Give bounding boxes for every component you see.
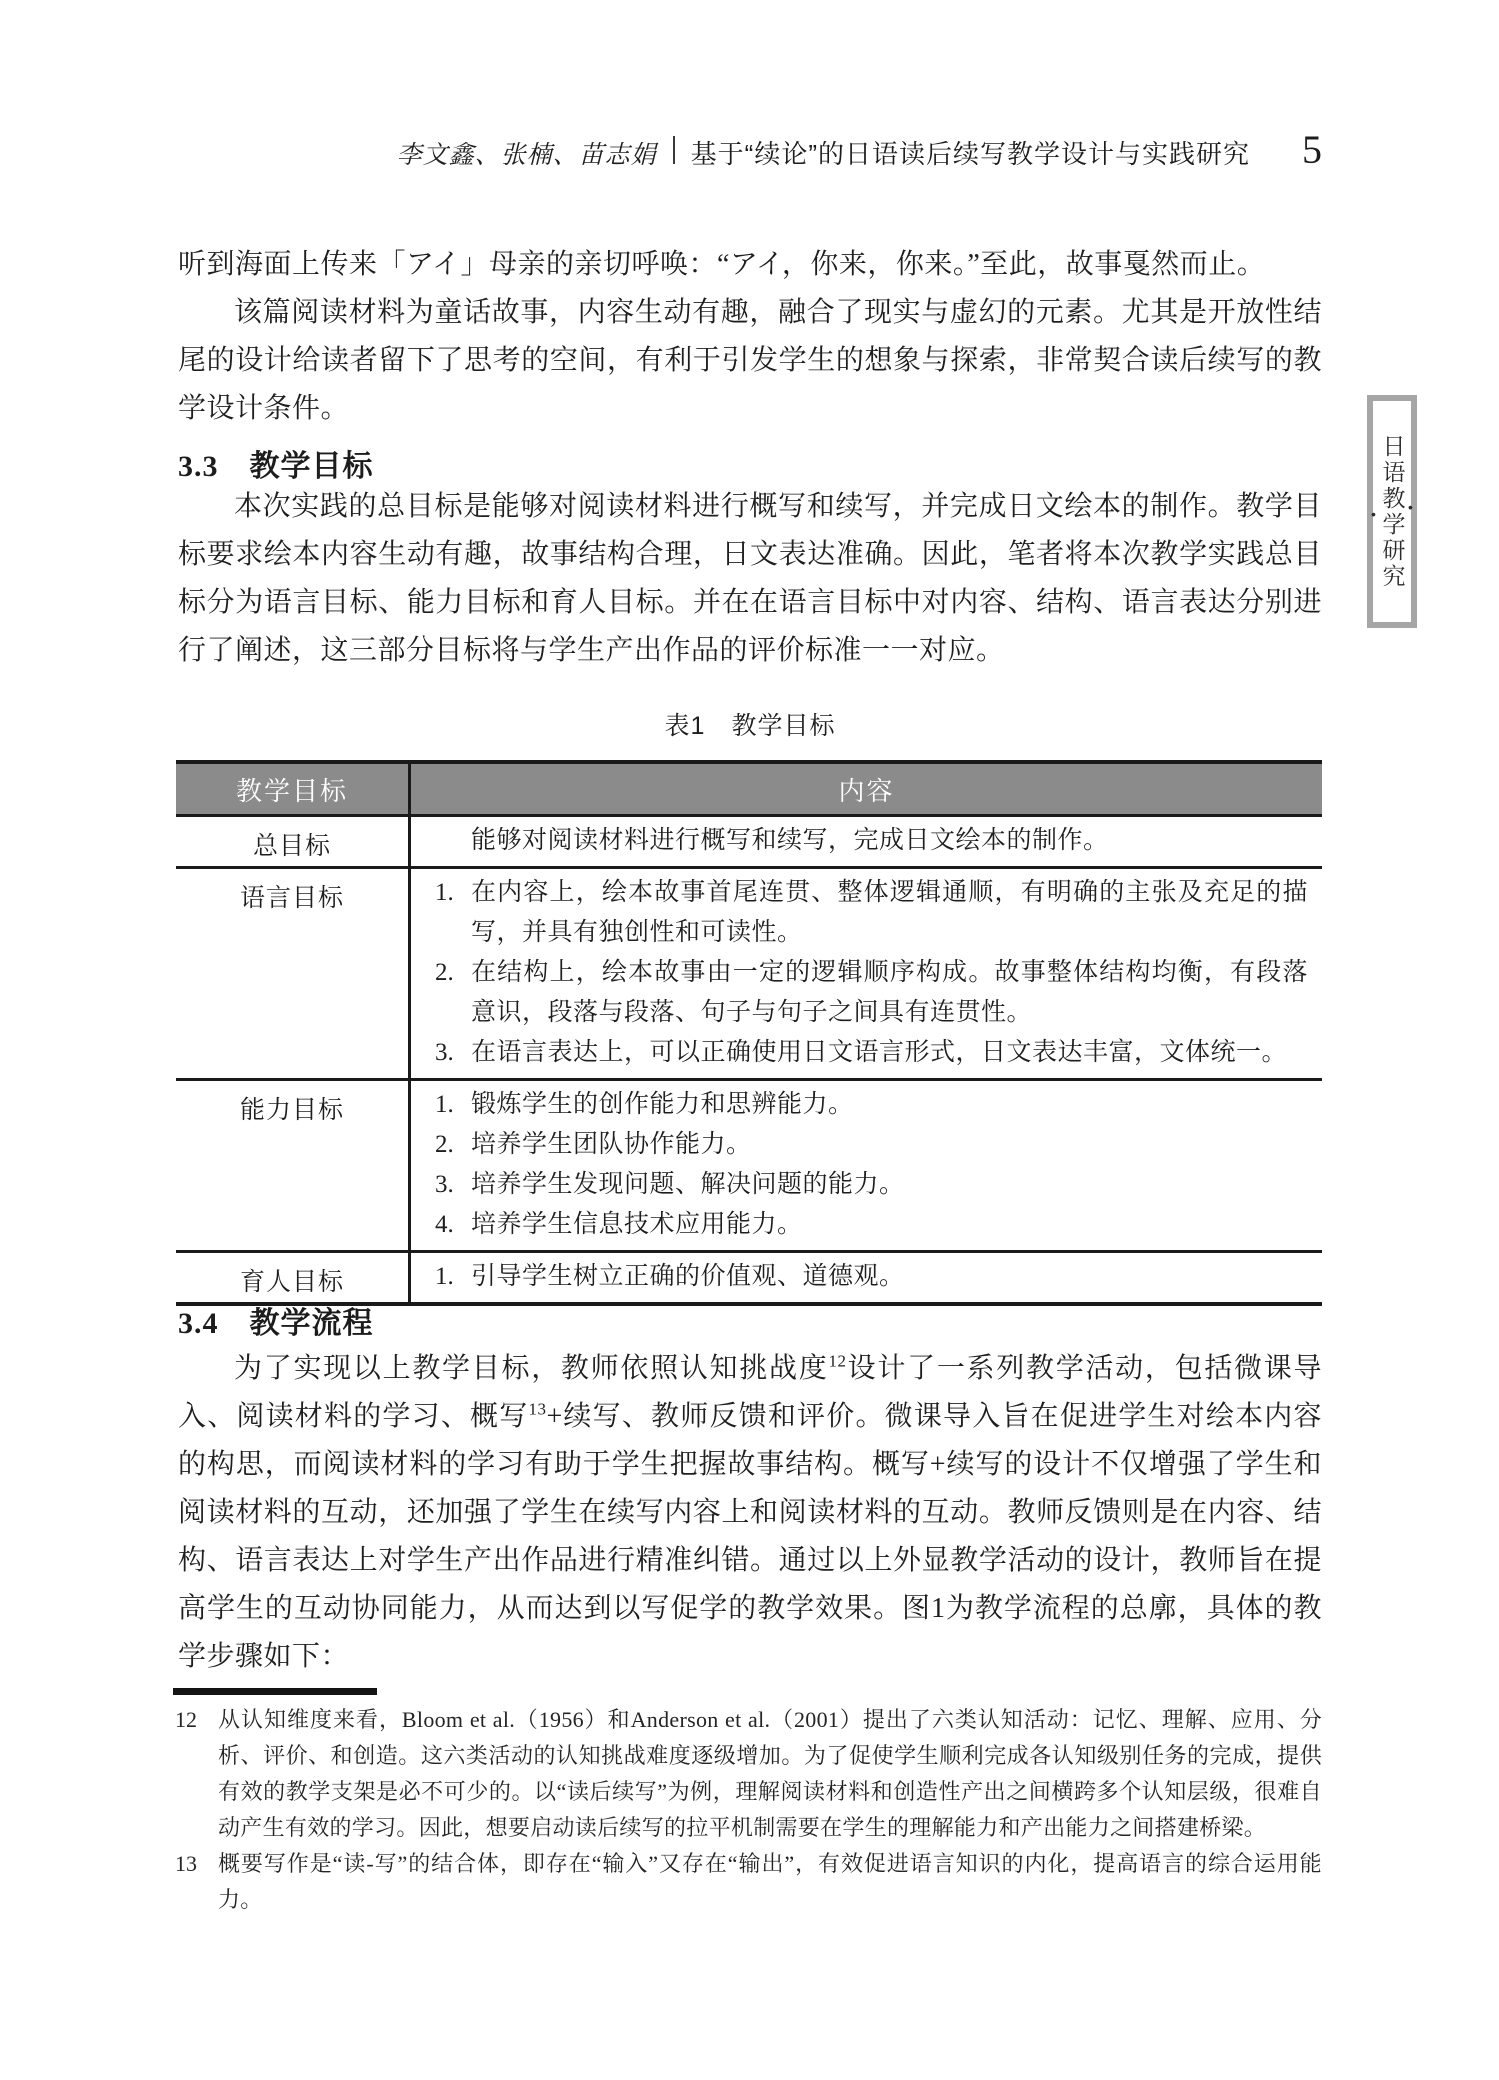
section-heading-3-3: 3.3 教学目标	[178, 441, 1322, 485]
table-row: 语言目标1.在内容上，绘本故事首尾连贯、整体逻辑通顺，有明确的主张及充足的描写，…	[176, 866, 1322, 1078]
table-row-content: 1.锻炼学生的创作能力和思辨能力。2.培养学生团队协作能力。3.培养学生发现问题…	[408, 1081, 1322, 1250]
paragraph-block: 该篇阅读材料为童话故事，内容生动有趣，融合了现实与虚幻的元素。尤其是开放性结尾的…	[178, 289, 1322, 433]
tab-label: 日语教学研究	[1381, 434, 1404, 590]
item-number: 1.	[435, 873, 471, 953]
table-content-item: 1.引导学生树立正确的价值观、道德观。	[435, 1257, 1308, 1297]
item-text: 培养学生信息技术应用能力。	[471, 1205, 1308, 1245]
footnote-item: 13概要写作是“读-写”的结合体，即存在“输入”又存在“输出”，有效促进语言知识…	[175, 1846, 1322, 1918]
running-head: 李文鑫、张楠、苗志娟 基于“续论”的日语读后续写教学设计与实践研究 5	[178, 126, 1322, 173]
table-content-item: 4.培养学生信息技术应用能力。	[435, 1205, 1308, 1245]
paragraph-block: 为了实现以上教学目标，教师依照认知挑战度12设计了一系列教学活动，包括微课导入、…	[178, 1345, 1322, 1681]
table-row-label: 语言目标	[176, 869, 408, 1078]
table-content-item: 2.培养学生团队协作能力。	[435, 1125, 1308, 1165]
footnote-separator	[173, 1688, 377, 1695]
item-number: 1.	[435, 1257, 471, 1297]
item-text: 在内容上，绘本故事首尾连贯、整体逻辑通顺，有明确的主张及充足的描写，并具有独创性…	[471, 873, 1308, 953]
footnote-text: 从认知维度来看，Bloom et al.（1956）和Anderson et a…	[218, 1702, 1322, 1846]
item-text: 培养学生团队协作能力。	[471, 1125, 1308, 1165]
item-number: 1.	[435, 1085, 471, 1125]
paragraph-block: 本次实践的总目标是能够对阅读材料进行概写和续写，并完成日文绘本的制作。教学目标要…	[178, 483, 1322, 675]
table-header-row: 教学目标 内容	[176, 764, 1322, 814]
heading-block: 3.3 教学目标	[178, 441, 1322, 485]
paragraph-teaching-process: 为了实现以上教学目标，教师依照认知挑战度12设计了一系列教学活动，包括微课导入、…	[178, 1345, 1322, 1681]
item-number: 2.	[435, 1125, 471, 1165]
footnote-reference: 13	[528, 1400, 546, 1419]
footnote-item: 12从认知维度来看，Bloom et al.（1956）和Anderson et…	[175, 1702, 1322, 1846]
table-row-label: 能力目标	[176, 1081, 408, 1250]
item-number: 4.	[435, 1205, 471, 1245]
item-text: 培养学生发现问题、解决问题的能力。	[471, 1165, 1308, 1205]
document-page: 李文鑫、张楠、苗志娟 基于“续论”的日语读后续写教学设计与实践研究 5 • 日语…	[0, 0, 1499, 2080]
paragraph-teaching-goals: 本次实践的总目标是能够对阅读材料进行概写和续写，并完成日文绘本的制作。教学目标要…	[178, 483, 1322, 675]
table-content-item: 3.培养学生发现问题、解决问题的能力。	[435, 1165, 1308, 1205]
table-row-label: 育人目标	[176, 1253, 408, 1302]
table-row-content: 能够对阅读材料进行概写和续写，完成日文绘本的制作。	[408, 817, 1322, 866]
item-number: 3.	[435, 1033, 471, 1073]
table-caption: 表1 教学目标	[178, 706, 1322, 742]
footnote-text: 概要写作是“读-写”的结合体，即存在“输入”又存在“输出”，有效促进语言知识的内…	[218, 1846, 1322, 1918]
table-content-item: 3.在语言表达上，可以正确使用日文语言形式，日文表达丰富，文体统一。	[435, 1033, 1308, 1073]
table-header-goal: 教学目标	[176, 771, 408, 808]
table-header-content: 内容	[408, 764, 1322, 814]
table-content-item: 1.锻炼学生的创作能力和思辨能力。	[435, 1085, 1308, 1125]
table-content-item: 2.在结构上，绘本故事由一定的逻辑顺序构成。故事整体结构均衡，有段落意识，段落与…	[435, 953, 1308, 1033]
section-heading-3-4: 3.4 教学流程	[178, 1298, 1322, 1342]
item-number: 3.	[435, 1165, 471, 1205]
item-text: 能够对阅读材料进行概写和续写，完成日文绘本的制作。	[471, 821, 1308, 861]
footnotes: 12从认知维度来看，Bloom et al.（1956）和Anderson et…	[175, 1702, 1322, 1918]
table-body: 总目标能够对阅读材料进行概写和续写，完成日文绘本的制作。语言目标1.在内容上，绘…	[176, 814, 1322, 1302]
tab-dot-bottom: •	[1367, 506, 1381, 525]
header-divider	[673, 136, 675, 164]
table-row-label: 总目标	[176, 817, 408, 866]
table-row-content: 1.在内容上，绘本故事首尾连贯、整体逻辑通顺，有明确的主张及充足的描写，并具有独…	[408, 869, 1322, 1078]
table-row: 能力目标1.锻炼学生的创作能力和思辨能力。2.培养学生团队协作能力。3.培养学生…	[176, 1078, 1322, 1250]
teaching-goals-table: 教学目标 内容 总目标能够对阅读材料进行概写和续写，完成日文绘本的制作。语言目标…	[176, 760, 1322, 1306]
footnote-number: 13	[175, 1846, 218, 1918]
tab-dot-top: •	[1404, 499, 1418, 518]
page-number: 5	[1302, 126, 1322, 173]
table-content-item: 能够对阅读材料进行概写和续写，完成日文绘本的制作。	[435, 821, 1308, 861]
journal-section-tab-text: • 日语教学研究 •	[1367, 434, 1418, 590]
running-head-title: 基于“续论”的日语读后续写教学设计与实践研究	[691, 134, 1250, 171]
footnote-reference: 12	[828, 1352, 846, 1371]
running-head-authors: 李文鑫、张楠、苗志娟	[397, 135, 657, 171]
item-number: 2.	[435, 953, 471, 1033]
item-text: 在结构上，绘本故事由一定的逻辑顺序构成。故事整体结构均衡，有段落意识，段落与段落…	[471, 953, 1308, 1033]
footnote-number: 12	[175, 1702, 218, 1846]
table-row-content: 1.引导学生树立正确的价值观、道德观。	[408, 1253, 1322, 1302]
table-row: 总目标能够对阅读材料进行概写和续写，完成日文绘本的制作。	[176, 814, 1322, 866]
journal-section-tab: • 日语教学研究 •	[1367, 395, 1417, 628]
item-text: 引导学生树立正确的价值观、道德观。	[471, 1257, 1308, 1297]
heading-block: 3.4 教学流程	[178, 1298, 1322, 1342]
item-number	[435, 821, 471, 861]
paragraph-continuation: 听到海面上传来「アイ」母亲的亲切呼唤：“アイ，你来，你来。”至此，故事戛然而止。	[178, 241, 1322, 289]
paragraph-material-intro: 该篇阅读材料为童话故事，内容生动有趣，融合了现实与虚幻的元素。尤其是开放性结尾的…	[178, 289, 1322, 433]
item-text: 锻炼学生的创作能力和思辨能力。	[471, 1085, 1308, 1125]
table-content-item: 1.在内容上，绘本故事首尾连贯、整体逻辑通顺，有明确的主张及充足的描写，并具有独…	[435, 873, 1308, 953]
table-row: 育人目标1.引导学生树立正确的价值观、道德观。	[176, 1250, 1322, 1302]
paragraph-block: 听到海面上传来「アイ」母亲的亲切呼唤：“アイ，你来，你来。”至此，故事戛然而止。	[178, 241, 1322, 289]
item-text: 在语言表达上，可以正确使用日文语言形式，日文表达丰富，文体统一。	[471, 1033, 1308, 1073]
